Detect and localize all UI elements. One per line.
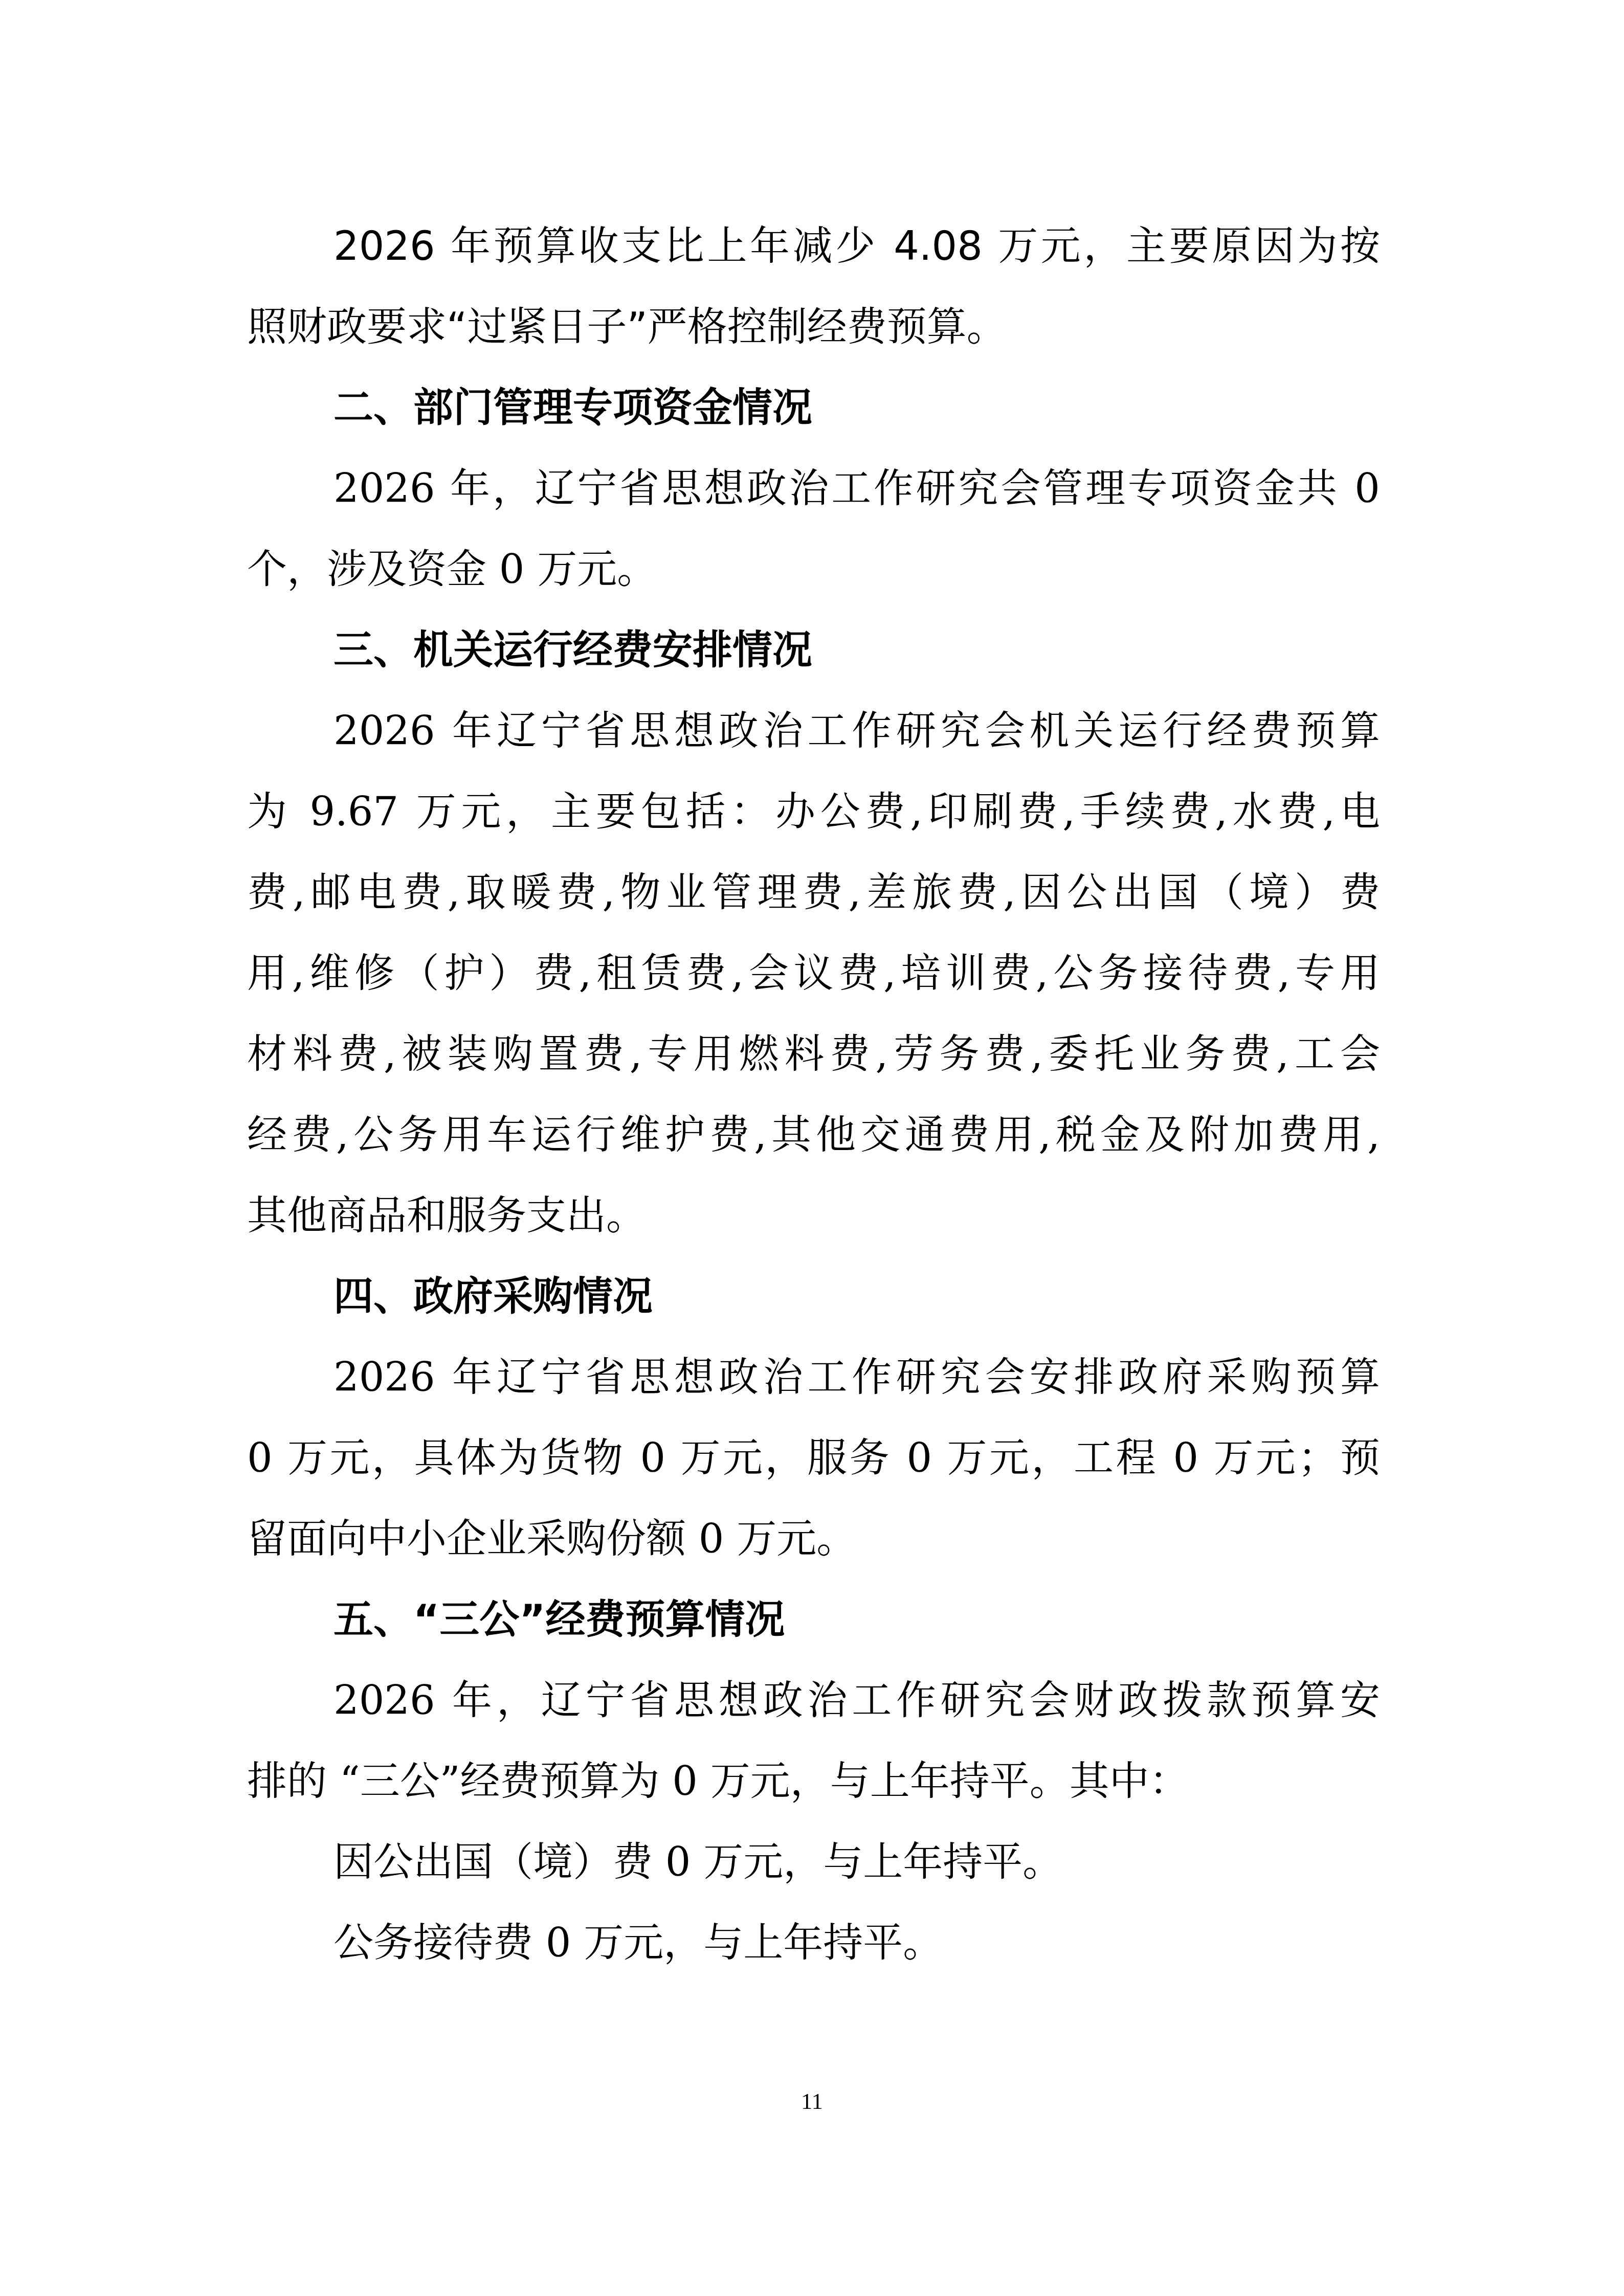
section-4-line-2: 0 万元，具体为货物 0 万元，服务 0 万元，工程 0 万元；预 <box>247 1433 1380 1484</box>
section-3-line-5: 材料费,被装购置费,专用燃料费,劳务费,委托业务费,工会 <box>247 1029 1380 1080</box>
section-5-line-4: 公务接待费 0 万元，与上年持平。 <box>333 1918 1380 1969</box>
intro-line-1: 2026 年预算收支比上年减少 4.08 万元，主要原因为按 <box>333 221 1380 272</box>
section-3-line-3: 费,邮电费,取暖费,物业管理费,差旅费,因公出国（境）费 <box>247 867 1380 918</box>
section-3-line-7: 其他商品和服务支出。 <box>247 1190 1380 1242</box>
section-3-line-2: 为 9.67 万元，主要包括：办公费,印刷费,手续费,水费,电 <box>247 786 1380 838</box>
section-4-heading: 四、政府采购情况 <box>333 1271 1380 1322</box>
section-2-line-1: 2026 年，辽宁省思想政治工作研究会管理专项资金共 0 <box>333 463 1380 514</box>
section-3-heading: 三、机关运行经费安排情况 <box>333 625 1380 676</box>
section-5-line-1: 2026 年，辽宁省思想政治工作研究会财政拨款预算安 <box>333 1675 1380 1726</box>
section-4-line-1: 2026 年辽宁省思想政治工作研究会安排政府采购预算 <box>333 1352 1380 1403</box>
section-5-line-3: 因公出国（境）费 0 万元，与上年持平。 <box>333 1837 1380 1888</box>
section-4-line-3: 留面向中小企业采购份额 0 万元。 <box>247 1514 1380 1565</box>
section-2-heading: 二、部门管理专项资金情况 <box>333 382 1380 434</box>
section-5-heading: 五、“三公”经费预算情况 <box>333 1594 1380 1646</box>
intro-line-2: 照财政要求“过紧日子”严格控制经费预算。 <box>247 302 1380 353</box>
section-3-line-4: 用,维修（护）费,租赁费,会议费,培训费,公务接待费,专用 <box>247 948 1380 999</box>
page-number: 11 <box>0 2086 1624 2117</box>
section-3-line-1: 2026 年辽宁省思想政治工作研究会机关运行经费预算 <box>333 706 1380 757</box>
section-2-line-2: 个，涉及资金 0 万元。 <box>247 544 1380 595</box>
section-3-line-6: 经费,公务用车运行维护费,其他交通费用,税金及附加费用, <box>247 1110 1380 1161</box>
section-5-line-2: 排的 “三公”经费预算为 0 万元，与上年持平。其中： <box>247 1756 1380 1807</box>
document-page: 2026 年预算收支比上年减少 4.08 万元，主要原因为按 照财政要求“过紧日… <box>0 0 1624 2296</box>
